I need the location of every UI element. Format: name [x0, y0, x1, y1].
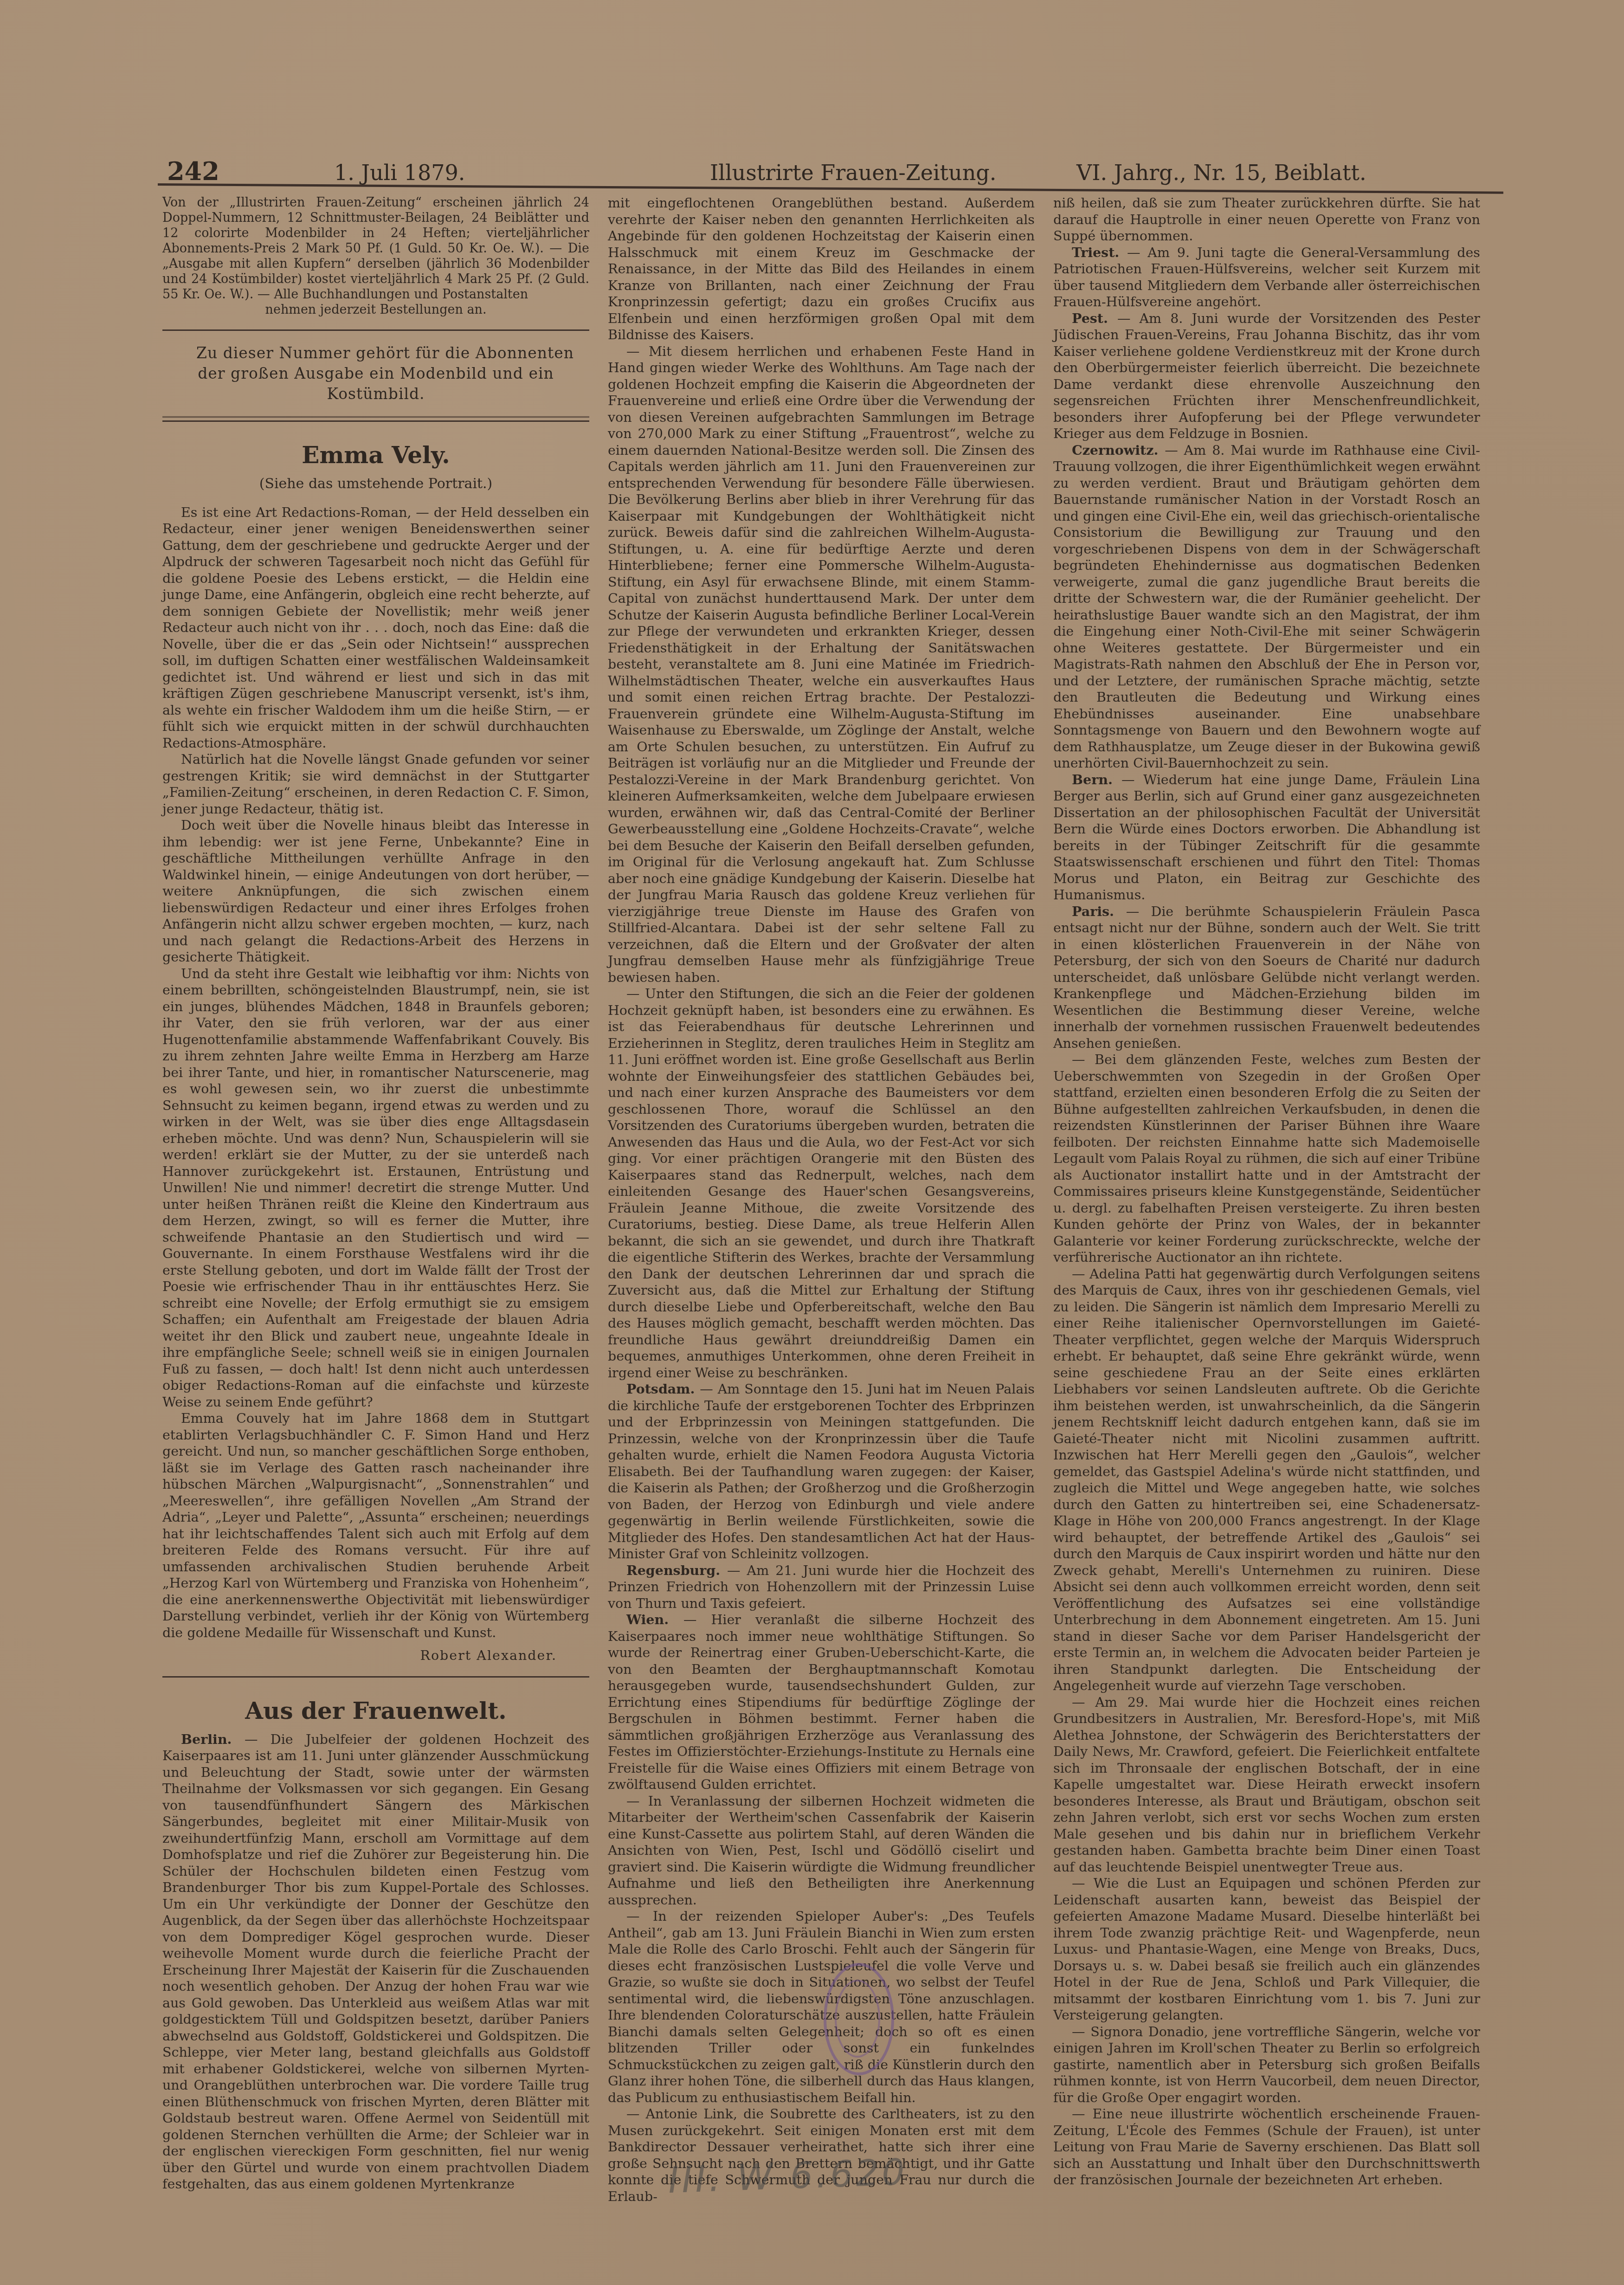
divider	[162, 1676, 589, 1678]
article-paragraph: Es ist eine Art Redactions-Roman, — der …	[162, 504, 589, 752]
news-paragraph: — Am 29. Mai wurde hier die Hochzeit ein…	[1053, 1694, 1480, 1876]
double-divider	[162, 416, 589, 422]
place-name: Paris.	[1072, 904, 1126, 919]
article-title-emma-vely: Emma Vely.	[162, 440, 589, 470]
news-paragraph: — In Veranlassung der silbernen Hochzeit…	[608, 1793, 1035, 1909]
page-header: 242 1. Juli 1879. Illustrirte Frauen-Zei…	[167, 160, 1540, 188]
pencil-shelfmark: III. W 6.620	[668, 2151, 909, 2201]
publication-title: Illustrirte Frauen-Zeitung.	[710, 160, 996, 185]
column-2: mit eingeflochtenen Orangeblüthen bestan…	[608, 195, 1035, 2205]
news-text: — Die Jubelfeier der goldenen Hochzeit d…	[162, 1732, 589, 2192]
news-item-paris: Paris. — Die berühmte Schauspielerin Frä…	[1053, 904, 1480, 1052]
news-paragraph: — Bei dem glänzenden Feste, welches zum …	[1053, 1052, 1480, 1266]
news-paragraph: — In der reizenden Spieloper Auber's: „D…	[608, 1908, 1035, 2106]
place-name: Potsdam.	[626, 1381, 700, 1397]
news-paragraph: — Adelina Patti hat gegenwärtig durch Ve…	[1053, 1266, 1480, 1694]
news-paragraph: — Unter den Stiftungen, die sich an die …	[608, 986, 1035, 1381]
column-3: niß heilen, daß sie zum Theater zurückke…	[1053, 195, 1480, 2188]
news-item-potsdam: Potsdam. — Am Sonntage den 15. Juni hat …	[608, 1381, 1035, 1562]
place-name: Czernowitz.	[1072, 442, 1165, 458]
issue-notice: Zu dieser Nummer gehört für die Abonnent…	[162, 343, 589, 404]
article-subtitle: (Siehe das umstehende Portrait.)	[162, 476, 589, 492]
news-paragraph: — Eine neue illustrirte wöchentlich ersc…	[1053, 2106, 1480, 2188]
news-item-regensburg: Regensburg. — Am 21. Juni wurde hier die…	[608, 1562, 1035, 1612]
column-1: Von der „Illustrirten Frauen-Zeitung“ er…	[162, 195, 589, 2193]
news-paragraph: niß heilen, daß sie zum Theater zurückke…	[1053, 195, 1480, 245]
article-emma-vely-body: Es ist eine Art Redactions-Roman, — der …	[162, 504, 589, 1641]
news-item-wien: Wien. — Hier veranlaßt die silberne Hoch…	[608, 1612, 1035, 1793]
article-paragraph: Emma Couvely hat im Jahre 1868 dem in St…	[162, 1410, 589, 1641]
subscription-info: Von der „Illustrirten Frauen-Zeitung“ er…	[162, 195, 589, 302]
news-item-triest: Triest. — Am 9. Juni tagte die General-V…	[1053, 245, 1480, 310]
place-name: Wien.	[626, 1612, 683, 1627]
article-author: Robert Alexander.	[162, 1647, 589, 1664]
divider	[162, 329, 589, 331]
news-item-berlin: Berlin. — Die Jubelfeier der goldenen Ho…	[162, 1731, 589, 2193]
library-stamp-icon	[824, 1963, 894, 2075]
news-item-czernowitz: Czernowitz. — Am 8. Mai wurde im Rathhau…	[1053, 442, 1480, 772]
place-name: Regensburg.	[626, 1562, 727, 1578]
news-paragraph: — Signora Donadio, jene vortreffliche Sä…	[1053, 2024, 1480, 2106]
article-paragraph: Doch weit über die Novelle hinaus bleibt…	[162, 817, 589, 966]
article-paragraph: Und da steht ihre Gestalt wie leibhaftig…	[162, 966, 589, 1411]
issue-date: 1. Juli 1879.	[334, 160, 465, 185]
page-number: 242	[167, 156, 219, 186]
news-paragraph: — Wie die Lust an Equipagen und schönen …	[1053, 1875, 1480, 2024]
place-name: Pest.	[1072, 310, 1117, 326]
place-name: Triest.	[1072, 245, 1127, 260]
newspaper-page: 242 1. Juli 1879. Illustrirte Frauen-Zei…	[0, 0, 1624, 2285]
subscription-info-last: nehmen jederzeit Bestellungen an.	[162, 302, 589, 317]
news-item-bern: Bern. — Wiederum hat eine junge Dame, Fr…	[1053, 772, 1480, 904]
section-title-aus-der-frauenwelt: Aus der Frauenwelt.	[162, 1696, 589, 1726]
volume-info: VI. Jahrg., Nr. 15, Beiblatt.	[1076, 160, 1366, 185]
news-paragraph: mit eingeflochtenen Orangeblüthen bestan…	[608, 195, 1035, 343]
place-name: Bern.	[1072, 772, 1121, 787]
news-paragraph: — Mit diesem herrlichen und erhabenen Fe…	[608, 343, 1035, 986]
place-name: Berlin.	[181, 1731, 232, 1747]
article-paragraph: Natürlich hat die Novelle längst Gnade g…	[162, 751, 589, 817]
news-item-pest: Pest. — Am 8. Juni wurde der Vorsitzende…	[1053, 310, 1480, 442]
